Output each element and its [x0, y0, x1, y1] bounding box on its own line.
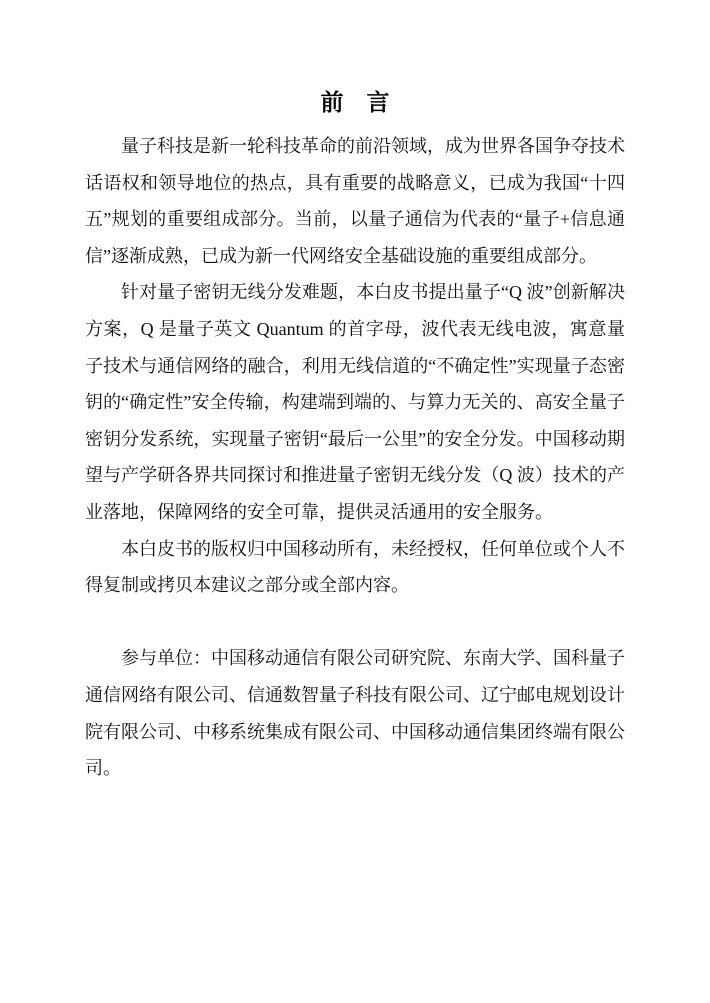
paragraph-qwave-solution: 针对量子密钥无线分发难题，本白皮书提出量子“Q 波”创新解决方案，Q 是量子英文…	[85, 274, 625, 530]
paragraph-quantum-overview: 量子科技是新一轮科技革命的前沿领域，成为世界各国争夺技术话语权和领导地位的热点，…	[85, 128, 625, 274]
paragraph-copyright-notice: 本白皮书的版权归中国移动所有，未经授权，任何单位或个人不得复制或拷贝本建议之部分…	[85, 531, 625, 604]
paragraph-participating-organizations: 参与单位：中国移动通信有限公司研究院、东南大学、国科量子通信网络有限公司、信通数…	[85, 640, 625, 786]
page-title: 前 言	[85, 84, 625, 122]
document-page: 前 言 量子科技是新一轮科技革命的前沿领域，成为世界各国争夺技术话语权和领导地位…	[0, 0, 710, 1003]
